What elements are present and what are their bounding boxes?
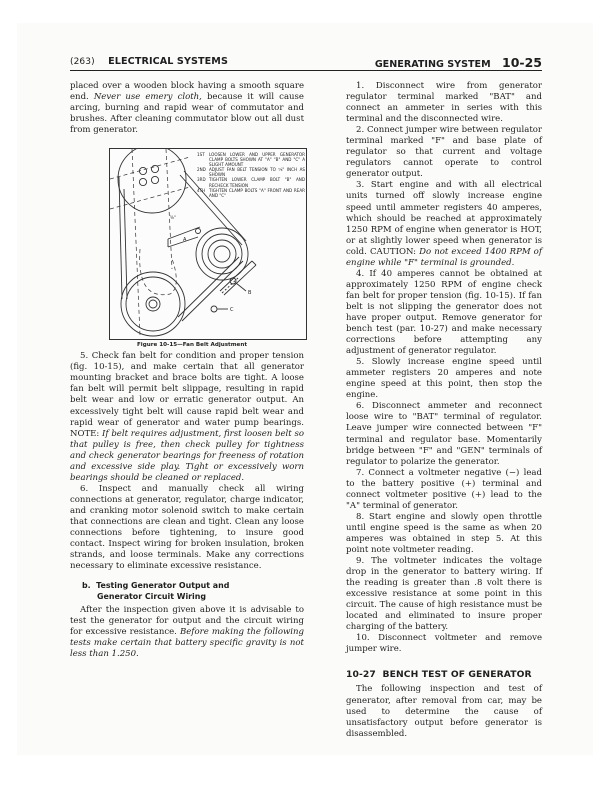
figure-notes: 1STLOOSEN LOWER AND UPPER GENERATOR CLAM… — [197, 152, 305, 197]
subsection-title-2: Generator Circuit Wiring — [82, 592, 304, 603]
section-heading-title: BENCH TEST OF GENERATOR — [383, 669, 532, 680]
page-header: (263) ELECTRICAL SYSTEMS GENERATING SYST… — [70, 54, 542, 71]
header-right: GENERATING SYSTEM 10-25 — [375, 55, 542, 70]
intro-paragraph: placed over a wooden block having a smoo… — [70, 81, 304, 136]
callout-c: C — [230, 307, 234, 313]
note-step: 3RD — [197, 177, 209, 187]
test-step-7: 7. Connect a voltmeter negative (−) lead… — [346, 468, 542, 512]
step-6-paragraph: 6. Inspect and manually check all wiring… — [70, 484, 304, 572]
page-number: 10-25 — [502, 55, 542, 70]
section-body: The following inspection and test of gen… — [346, 684, 542, 739]
section-heading: 10-27 BENCH TEST OF GENERATOR — [346, 669, 542, 680]
step-5-text: 5. Check fan belt for condition and prop… — [70, 351, 304, 438]
section-number: 10-27 — [346, 669, 376, 680]
figure-note: 2NDADJUST FAN BELT TENSION TO ⁵⁄₈" INCH … — [197, 167, 305, 177]
callout-dimension: ⅝" — [170, 215, 176, 220]
callout-a: A — [183, 237, 187, 243]
figure-note: 1STLOOSEN LOWER AND UPPER GENERATOR CLAM… — [197, 152, 305, 167]
test-step-1: 1. Disconnect wire from generator regula… — [346, 81, 542, 125]
step-5-paragraph: 5. Check fan belt for condition and prop… — [70, 351, 304, 484]
intro-warning: Never use emery cloth, — [94, 92, 202, 102]
subsection-intro: After the inspection given above it is a… — [70, 605, 304, 660]
test-step-5: 5. Slowly increase engine speed until am… — [346, 357, 542, 401]
header-left: (263) ELECTRICAL SYSTEMS — [70, 56, 228, 67]
note-step: 4TH — [197, 188, 209, 198]
test-step-8: 8. Start engine and slowly open throttle… — [346, 512, 542, 556]
fan-belt-figure: A B C ⅝" 1STLOOSEN LOWER AND UPPER GENER… — [109, 148, 307, 340]
figure-note: 3RDTIGHTEN LOWER CLAMP BOLT "B" AND RECH… — [197, 177, 305, 187]
test-step-6: 6. Disconnect ammeter and reconnect loos… — [346, 401, 542, 467]
subsection-label: b. — [82, 581, 91, 590]
test-step-3-text: 3. Start engine and with all electrical … — [346, 180, 542, 256]
callout-b: B — [248, 290, 252, 296]
note-text: LOOSEN LOWER AND UPPER GENERATOR CLAMP B… — [209, 152, 305, 167]
note-text: TIGHTEN CLAMP BOLTS "A" FRONT AND REAR A… — [209, 188, 305, 198]
note-text: ADJUST FAN BELT TENSION TO ⁵⁄₈" INCH AS … — [209, 167, 305, 177]
note-text: TIGHTEN LOWER CLAMP BOLT "B" AND RECHECK… — [209, 177, 305, 187]
note-step: 2ND — [197, 167, 209, 177]
test-step-2: 2. Connect jumper wire between regulator… — [346, 125, 542, 180]
chapter-title: ELECTRICAL SYSTEMS — [108, 56, 228, 67]
subsection-title-1: Testing Generator Output and — [96, 581, 229, 590]
test-step-3: 3. Start engine and with all electrical … — [346, 180, 542, 268]
left-column: placed over a wooden block having a smoo… — [70, 81, 304, 660]
right-column: 1. Disconnect wire from generator regula… — [346, 81, 542, 740]
page-reference: (263) — [70, 57, 95, 67]
figure-caption: Figure 10-15—Fan Belt Adjustment — [70, 340, 304, 351]
test-step-9: 9. The voltmeter indicates the voltage d… — [346, 556, 542, 633]
note-step: 1ST — [197, 152, 209, 167]
step-5-note: If belt requires adjustment, first loose… — [70, 429, 304, 483]
subsection-heading: b. Testing Generator Output and Generato… — [82, 581, 304, 602]
test-step-4: 4. If 40 amperes cannot be obtained at a… — [346, 269, 542, 357]
test-step-10: 10. Disconnect voltmeter and remove jump… — [346, 633, 542, 655]
figure-note: 4THTIGHTEN CLAMP BOLTS "A" FRONT AND REA… — [197, 188, 305, 198]
section-title: GENERATING SYSTEM — [375, 59, 491, 70]
